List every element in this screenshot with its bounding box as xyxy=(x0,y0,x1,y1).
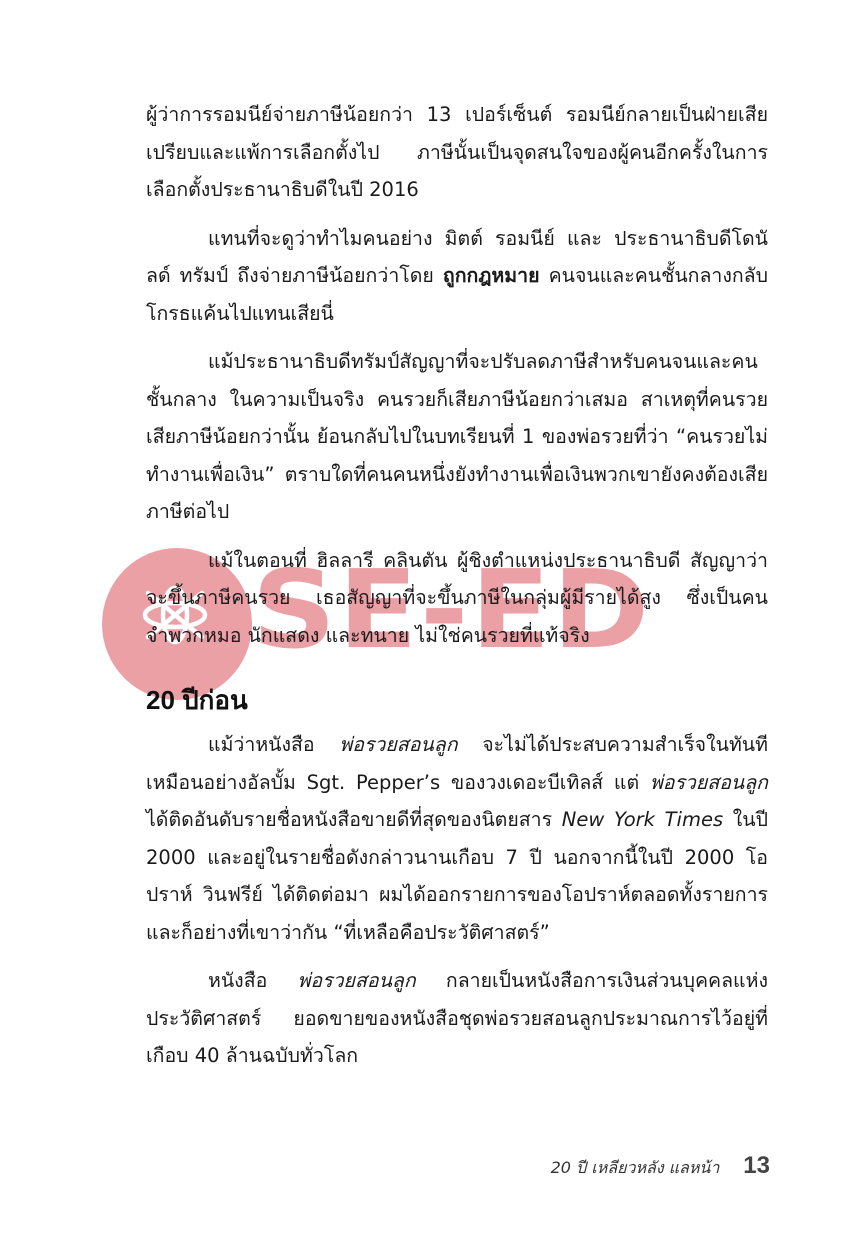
page-number: 13 xyxy=(743,1152,770,1180)
italic-title: พ่อรวยสอนลูก xyxy=(298,969,416,992)
paragraph: แม้ว่าหนังสือ พ่อรวยสอนลูก จะไม่ได้ประสบ… xyxy=(146,726,768,951)
paragraph: แทนที่จะดูว่าทำไมคนอย่าง มิตต์ รอมนีย์ แ… xyxy=(146,220,768,333)
paragraph: หนังสือ พ่อรวยสอนลูก กลายเป็นหนังสือการเ… xyxy=(146,962,768,1075)
page-footer: 20 ปี เหลียวหลัง แลหน้า 13 xyxy=(551,1152,770,1181)
paragraph: แม้ในตอนที่ ฮิลลารี คลินตัน ผู้ชิงตำแหน่… xyxy=(146,542,768,655)
paragraph: ผู้ว่าการรอมนีย์จ่ายภาษีน้อยกว่า 13 เปอร… xyxy=(146,96,768,209)
text-run: ได้ติดอันดับรายชื่อหนังสือขายดีที่สุดของ… xyxy=(146,808,562,831)
italic-title: New York Times xyxy=(562,808,723,831)
running-title: 20 ปี เหลียวหลัง แลหน้า xyxy=(551,1156,720,1181)
text-run: แม้ในตอนที่ ฮิลลารี คลินตัน ผู้ชิงตำแหน่… xyxy=(146,549,768,647)
text-run: ผู้ว่าการรอมนีย์จ่ายภาษีน้อยกว่า 13 เปอร… xyxy=(146,103,768,201)
book-page: SE-ED ผู้ว่าการรอมนีย์จ่ายภาษีน้อยกว่า 1… xyxy=(0,0,856,1240)
italic-title: พ่อรวยสอนลูก xyxy=(650,771,768,794)
text-column: ผู้ว่าการรอมนีย์จ่ายภาษีน้อยกว่า 13 เปอร… xyxy=(146,96,768,1086)
section-heading: 20 ปีก่อน xyxy=(146,682,768,718)
text-run: แม้ประธานาธิบดีทรัมป์สัญญาที่จะปรับลดภาษ… xyxy=(146,350,768,523)
text-run: แม้ว่าหนังสือ xyxy=(208,733,339,756)
bold-term: ถูกกฎหมาย xyxy=(443,264,540,287)
paragraph: แม้ประธานาธิบดีทรัมป์สัญญาที่จะปรับลดภาษ… xyxy=(146,343,768,531)
text-run: หนังสือ xyxy=(208,969,298,992)
italic-title: พ่อรวยสอนลูก xyxy=(339,733,457,756)
